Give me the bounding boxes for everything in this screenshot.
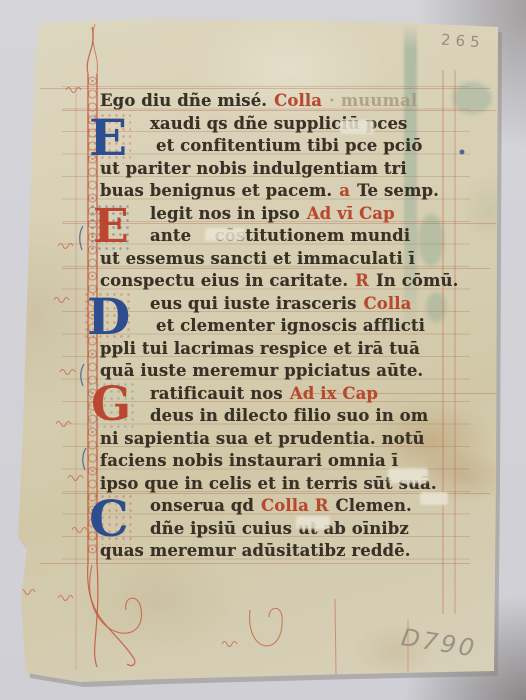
body-text: ante cōstitutionem mundi: [150, 225, 410, 247]
body-text: · muumal: [329, 90, 417, 112]
erasure-patch: [205, 228, 245, 241]
text-line: ni sapientia sua et prudentia. notū: [100, 428, 440, 450]
illuminated-initial: E: [89, 203, 133, 252]
text-block: Ego diu dñe misé.Colla· muumalxaudi qs d…: [0, 0, 526, 700]
body-text: Clemen.: [336, 495, 412, 517]
text-line: xaudi qs dñe suppliciū pces: [150, 113, 440, 135]
text-line: eus qui iuste irascerisColla: [150, 293, 438, 315]
text-line: legit nos in ipsoAd vī Cap: [150, 203, 452, 225]
rubric-text: Colla R: [261, 495, 329, 517]
rubric-text: Ad ix Cap: [290, 383, 378, 405]
erasure-patch: [420, 492, 448, 505]
illuminated-initial: G: [87, 381, 135, 430]
body-text: conspectu eius in caritate.: [100, 270, 348, 292]
body-text: ut pariter nobis indulgentiam tri: [100, 158, 407, 180]
illuminated-initial: E: [85, 112, 131, 164]
text-line: ante cōstitutionem mundi: [150, 225, 440, 247]
illuminated-initial: D: [83, 291, 134, 343]
body-text: Te semp.: [357, 180, 439, 202]
body-text: quas meremur adūsitatibz reddē.: [100, 540, 411, 562]
body-text: quā iuste meremur ppiciatus aūte.: [100, 360, 423, 382]
manuscript-leaf: Ego diu dñe misé.Colla· muumalxaudi qs d…: [0, 0, 526, 700]
body-text: In cōmū.: [376, 270, 459, 292]
body-text: et confitentium tibi pce pciō: [156, 135, 423, 157]
rubric-text: Colla: [274, 90, 322, 112]
body-text: ipso que in celis et in terris sūt suā.: [100, 473, 437, 495]
text-line: ut essemus sancti et immaculati ī: [100, 248, 440, 270]
body-text: dñe ipsiū cuius ut ab oīnibz: [150, 518, 409, 540]
erasure-patch: [340, 120, 374, 134]
body-text: faciens nobis instaurari omnia ī: [100, 450, 398, 472]
erasure-patch: [296, 516, 330, 529]
text-line: quas meremur adūsitatibz reddē.: [100, 540, 440, 562]
text-line: ppli tui lacrimas respice et irā tuā: [100, 338, 440, 360]
text-line: onserua qdColla RClemen.: [150, 495, 455, 517]
rubric-text: Ad vī Cap: [307, 203, 395, 225]
body-text: deus in dilecto filio suo in om: [150, 405, 428, 427]
body-text: buas benignus et pacem.: [100, 180, 332, 202]
body-text: eus qui iuste irasceris: [150, 293, 357, 315]
text-line: dñe ipsiū cuius ut ab oīnibz: [150, 518, 440, 540]
text-line: ratificauit nosAd ix Cap: [150, 383, 402, 405]
text-line: buas benignus et pacem.aTe semp.: [100, 180, 440, 202]
body-text: ppli tui lacrimas respice et irā tuā: [100, 338, 420, 360]
text-line: et confitentium tibi pce pciō: [156, 135, 440, 157]
rubric-text: R: [355, 270, 369, 292]
text-line: Ego diu dñe misé.Colla· muumal: [100, 90, 440, 112]
body-text: ratificauit nos: [150, 383, 283, 405]
rubric-text: a: [339, 180, 350, 202]
text-line: ut pariter nobis indulgentiam tri: [100, 158, 440, 180]
text-line: deus in dilecto filio suo in om: [150, 405, 440, 427]
body-text: ut essemus sancti et immaculati ī: [100, 248, 415, 270]
body-text: onserua qd: [150, 495, 254, 517]
illuminated-initial: C: [85, 493, 133, 545]
text-line: et clementer ignoscis afflicti: [156, 315, 440, 337]
pencil-folio-number: 265: [440, 30, 485, 51]
text-line: quā iuste meremur ppiciatus aūte.: [100, 360, 440, 382]
text-line: conspectu eius in caritate.RIn cōmū.: [100, 270, 445, 292]
rubric-text: Colla: [364, 293, 412, 315]
erasure-patch: [388, 468, 428, 483]
body-text: legit nos in ipso: [150, 203, 300, 225]
body-text: ni sapientia sua et prudentia. notū: [100, 428, 425, 450]
photo-stage: Ego diu dñe misé.Colla· muumalxaudi qs d…: [0, 0, 526, 700]
body-text: et clementer ignoscis afflicti: [156, 315, 425, 337]
